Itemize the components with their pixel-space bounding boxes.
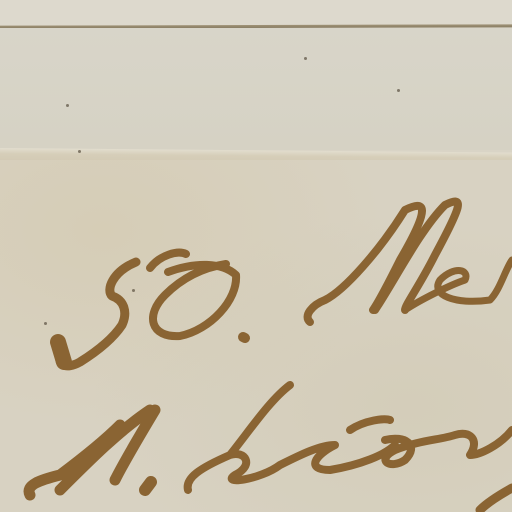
document-page: 50. Me... M. decan... bbox=[0, 0, 512, 512]
handwriting-ink bbox=[0, 0, 512, 512]
